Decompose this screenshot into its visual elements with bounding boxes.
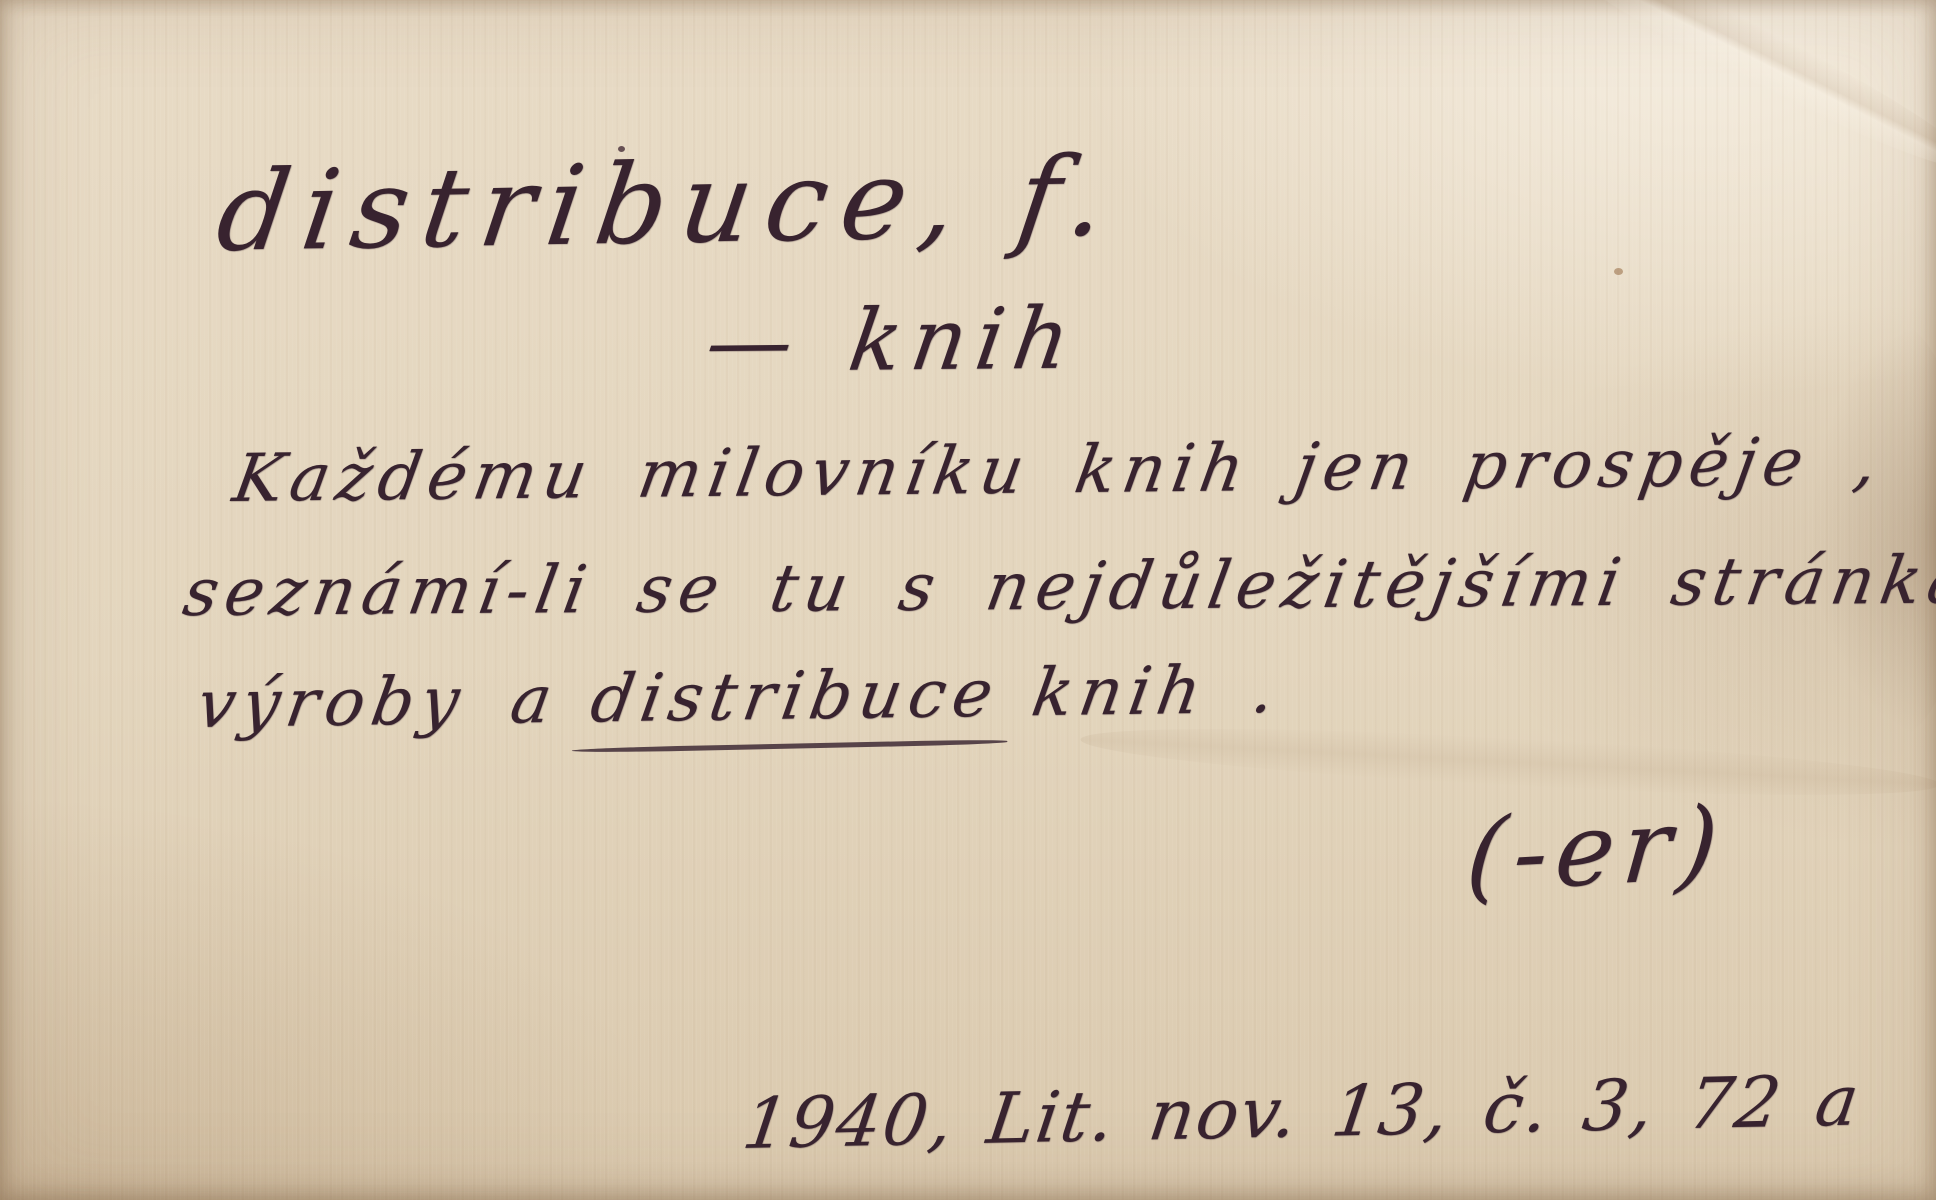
subentry-line: —knih [700,290,1086,392]
note-line-3-suffix: knih . [1027,651,1288,732]
note-line-3-prefix: výroby a [192,661,564,743]
subentry-term: knih [843,290,1086,391]
subentry-dash: — [700,292,810,392]
catalog-card: distribuce, f. —knih Každému milovníku k… [0,0,1936,1200]
author-initials: (-er) [1462,784,1731,915]
source-citation: 1940, Lit. nov. 13, č. 3, 72 a [738,1059,1866,1165]
paper-crease [1810,320,1936,740]
paper-crease [1534,0,1936,190]
underlined-term: distribuce [586,655,1006,738]
note-line-2: seznámí-li se tu s nejdůležitějšími strá… [178,541,1936,631]
paper-speck [1614,268,1623,275]
note-line-1: Každému milovníku knih jen prospěje , [228,423,1890,517]
note-line-3: výroby adistribuceknih . [192,651,1287,743]
headword: distribuce, f. [210,132,1128,276]
